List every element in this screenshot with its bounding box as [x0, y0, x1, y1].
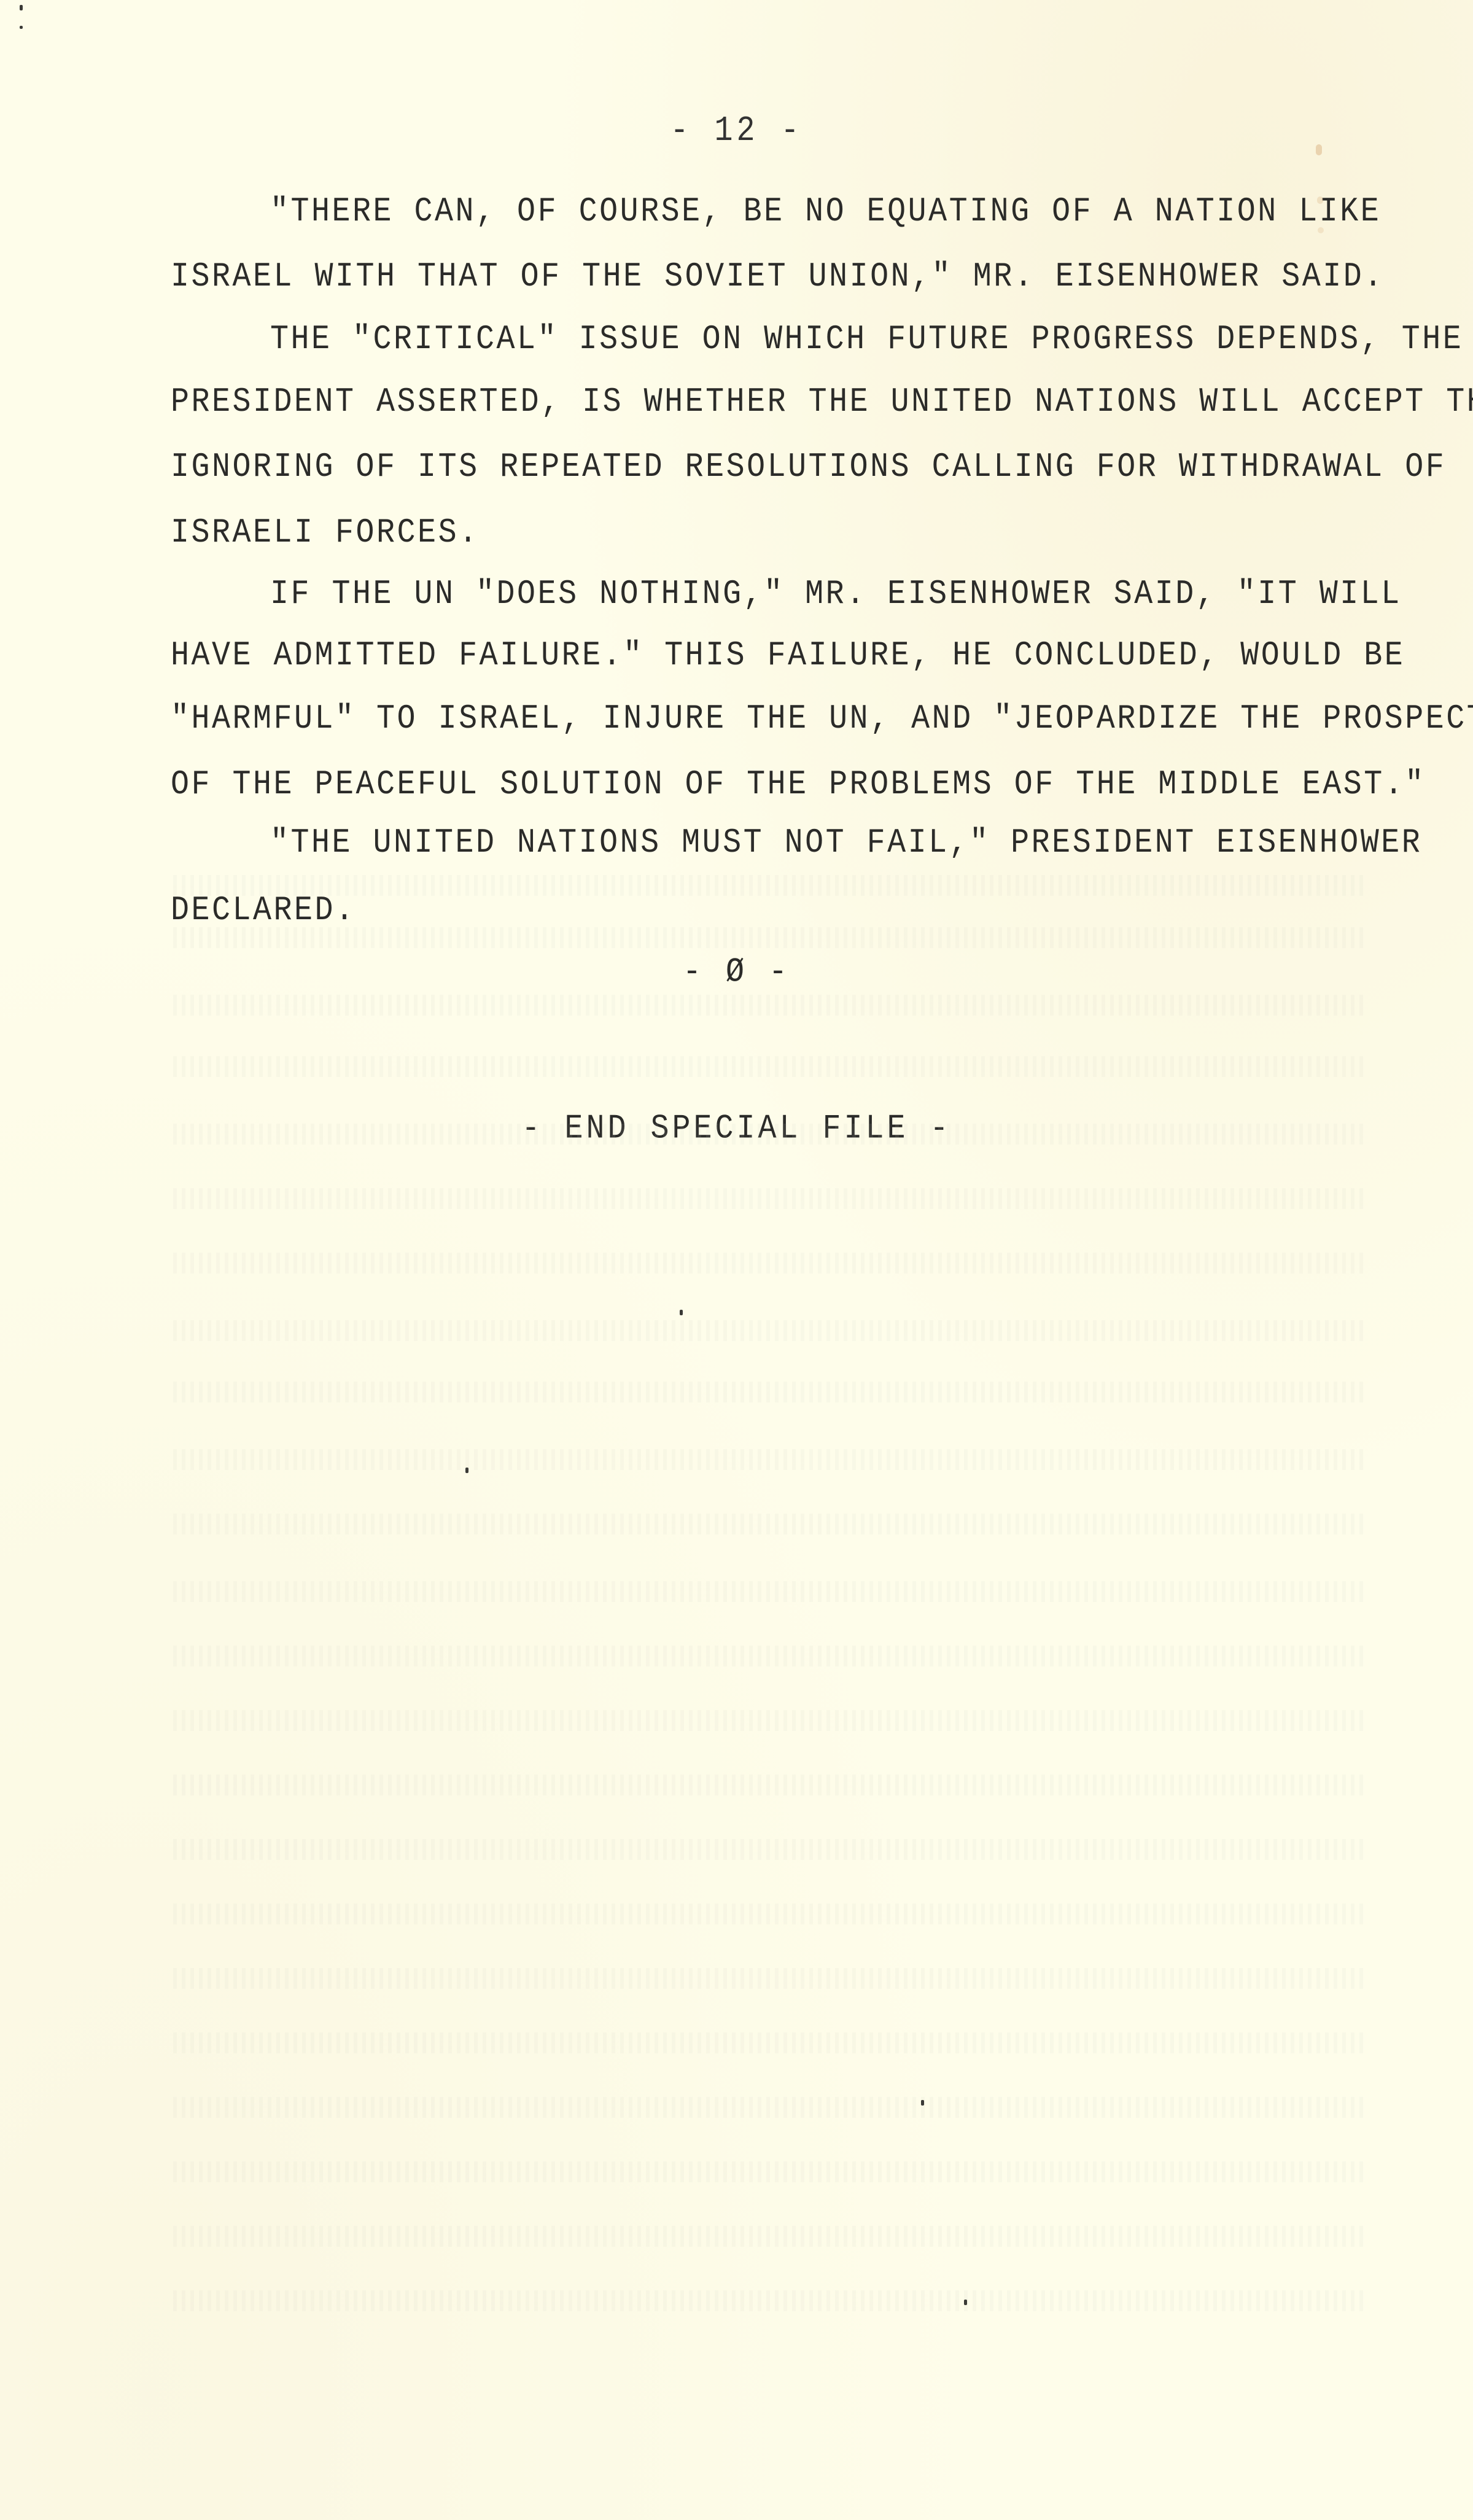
- body-line-8: HAVE ADMITTED FAILURE." THIS FAILURE, HE…: [171, 636, 1405, 677]
- body-line-4: PRESIDENT ASSERTED, IS WHETHER THE UNITE…: [171, 382, 1473, 423]
- bleed-through-line: [172, 2097, 1363, 2118]
- paper-stain: [1318, 227, 1324, 233]
- document-page: - 12 - "THERE CAN, OF COURSE, BE NO EQUA…: [0, 0, 1473, 2520]
- section-separator: - Ø -: [0, 953, 1473, 992]
- bleed-through-line: [172, 1124, 1363, 1145]
- body-line-12: DECLARED.: [171, 890, 356, 931]
- body-line-2: ISRAEL WITH THAT OF THE SOVIET UNION," M…: [171, 257, 1385, 298]
- body-line-7: IF THE UN "DOES NOTHING," MR. EISENHOWER…: [270, 574, 1402, 615]
- bleed-through-line: [172, 1968, 1363, 1989]
- bleed-through-line: [172, 1449, 1363, 1470]
- bleed-through-line: [172, 2161, 1363, 2182]
- bleed-through-line: [172, 1646, 1363, 1666]
- body-line-3: THE "CRITICAL" ISSUE ON WHICH FUTURE PRO…: [270, 319, 1463, 360]
- bleed-through-line: [172, 2226, 1363, 2247]
- bleed-through-line: [172, 2290, 1363, 2311]
- bleed-through-line: [172, 1775, 1363, 1795]
- body-line-11: "THE UNITED NATIONS MUST NOT FAIL," PRES…: [270, 823, 1422, 864]
- bleed-through-line: [172, 995, 1363, 1016]
- ink-speck: [680, 1310, 683, 1315]
- bleed-through-line: [172, 1710, 1363, 1731]
- bleed-through-line: [172, 2032, 1363, 2053]
- bleed-through-line: [172, 1514, 1363, 1534]
- ink-speck: [921, 2100, 924, 2106]
- body-line-10: OF THE PEACEFUL SOLUTION OF THE PROBLEMS…: [171, 764, 1426, 806]
- ink-speck: [465, 1468, 468, 1473]
- paper-stain: [1316, 144, 1322, 155]
- paper-stain: [1317, 196, 1323, 204]
- bleed-through-line: [172, 1253, 1363, 1274]
- bleed-through-line: [172, 875, 1363, 896]
- ink-speck: [20, 5, 23, 10]
- ink-speck: [964, 2300, 967, 2305]
- body-line-9: "HARMFUL" TO ISRAEL, INJURE THE UN, AND …: [171, 699, 1473, 740]
- bleed-through-line: [172, 1188, 1363, 1209]
- body-line-1: "THERE CAN, OF COURSE, BE NO EQUATING OF…: [270, 192, 1381, 233]
- bleed-through-line: [172, 1839, 1363, 1860]
- bleed-through-line: [172, 1320, 1363, 1341]
- bleed-through-line: [172, 1904, 1363, 1924]
- body-line-5: IGNORING OF ITS REPEATED RESOLUTIONS CAL…: [171, 447, 1446, 488]
- body-line-6: ISRAELI FORCES.: [171, 513, 480, 554]
- bleed-through-line: [172, 927, 1363, 948]
- bleed-through-line: [172, 1382, 1363, 1402]
- ink-speck: [20, 26, 23, 29]
- bleed-through-line: [172, 1581, 1363, 1602]
- bleed-through-line: [172, 1056, 1363, 1077]
- page-number: - 12 -: [0, 111, 1473, 152]
